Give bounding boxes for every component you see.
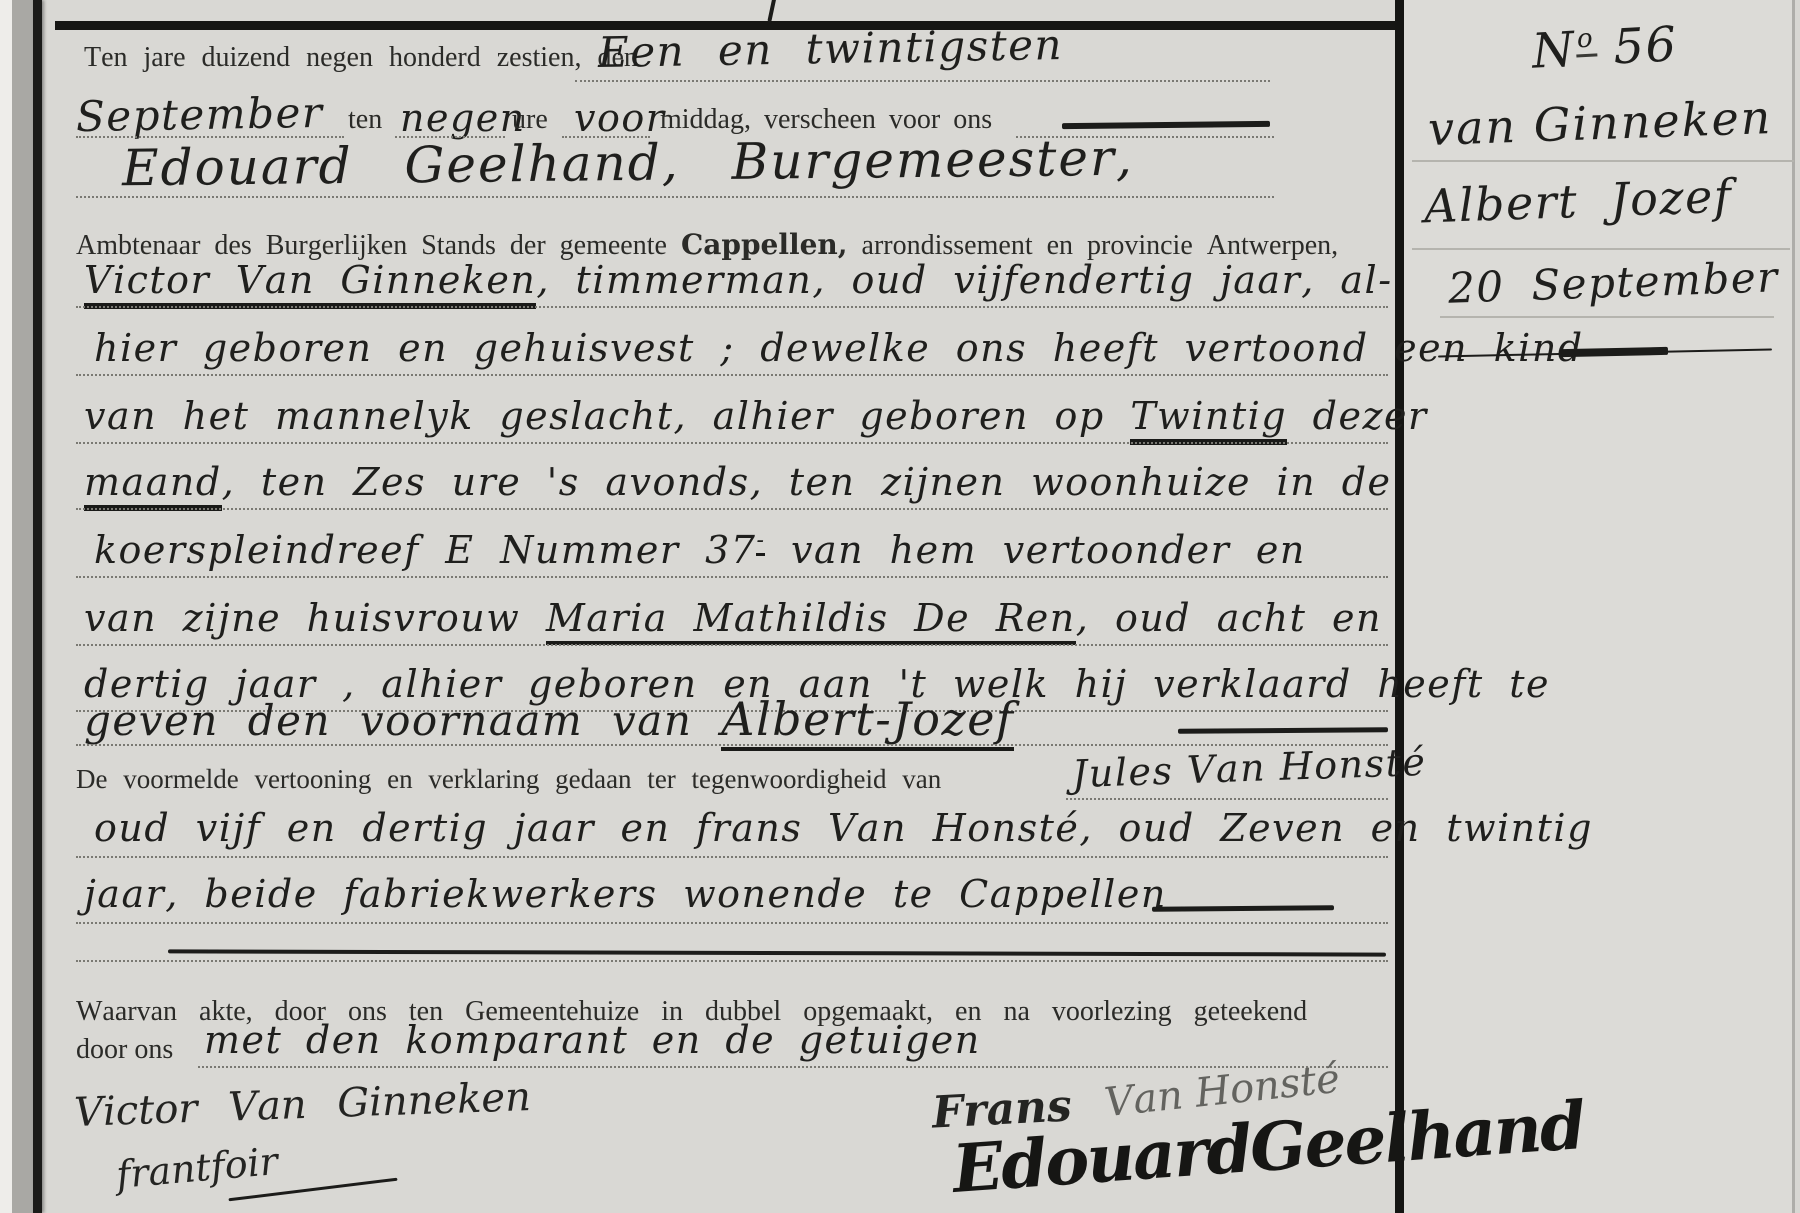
- dotted-rule: [76, 744, 1388, 746]
- birth-day-underlined: Twintig: [1130, 394, 1287, 445]
- printed-closing-line2: door ons: [76, 1034, 173, 1066]
- printed-officer-title-pre: Ambtenaar des Burgerlijken Stands der ge…: [76, 230, 667, 261]
- hand-declarant-line: Victor Van Ginneken, timmerman, oud vijf…: [84, 258, 1393, 302]
- dotted-rule: [76, 576, 1388, 578]
- dotted-rule: [76, 196, 1274, 198]
- dotted-rule: [76, 856, 1388, 858]
- scan-edge: [0, 0, 12, 1213]
- hand-body-line: hier geboren en gehuisvest ; dewelke ons…: [94, 326, 1584, 370]
- hand-body-line: maand, ten Zes ure 's avonds, ten zijnen…: [84, 460, 1392, 504]
- dotted-rule: [76, 442, 1388, 444]
- margin-faint-rule: [1440, 316, 1774, 318]
- hand-mother-line: van zijne huisvrouw Maria Mathildis De R…: [84, 596, 1382, 640]
- printed-witness-intro: De voormelde vertooning en verklaring ge…: [76, 764, 941, 795]
- dotted-rule: [76, 960, 1388, 962]
- body-text: van zijne huisvrouw: [84, 596, 546, 640]
- printed-officer-title-post: arrondissement en provincie Antwerpen,: [862, 230, 1339, 261]
- hand-hour-value: negen: [400, 96, 526, 140]
- hand-address-line: koerspleindreef E Nummer 37- van hem ver…: [94, 528, 1306, 572]
- hand-closing-addition: met den komparant en de getuigen: [204, 1018, 981, 1062]
- body-text: geven den voornaam van: [84, 696, 721, 745]
- registry-act-scan: Ten jare duizend negen honderd zestien, …: [0, 0, 1800, 1213]
- body-text: dezer: [1287, 394, 1428, 438]
- act-number-value: 56: [1612, 16, 1679, 75]
- declarant-name: Victor Van Ginneken: [84, 258, 536, 309]
- dotted-rule: [575, 80, 1270, 82]
- printed-ure: ure: [512, 104, 548, 136]
- hand-childname-line: geven den voornaam van Albert-Jozef: [84, 692, 1014, 746]
- printed-officer-title: Ambtenaar des Burgerlijken Stands der ge…: [76, 228, 1338, 262]
- dotted-rule: [198, 1066, 1388, 1068]
- column-divider-rule: [1395, 0, 1404, 1213]
- margin-faint-rule: [1412, 248, 1790, 250]
- body-text: van hem vertoonder en: [765, 528, 1305, 572]
- margin-act-number: No 56: [1531, 16, 1679, 80]
- hand-official-name: Edouard Geelhand, Burgemeester,: [122, 129, 1134, 198]
- printed-year-line: Ten jare duizend negen honderd zestien, …: [84, 42, 638, 74]
- hand-month-value: September: [76, 88, 324, 141]
- dotted-rule: [76, 374, 1388, 376]
- hand-residence-line: jaar, beide fabriekwerkers wonende te Ca…: [84, 872, 1167, 916]
- declarant-details: , timmerman, oud vijfendertig jaar, al-: [536, 258, 1392, 302]
- municipality-name: Cappellen,: [681, 228, 848, 261]
- scan-right-edge: [1792, 0, 1795, 1213]
- act-number-sup-o: o: [1574, 23, 1597, 57]
- hand-day-value: Een en twintigsten: [598, 20, 1064, 77]
- child-name-underlined: Albert-Jozef: [721, 692, 1014, 751]
- dotted-rule: [1066, 798, 1388, 800]
- page-binding-edge: [33, 0, 42, 1213]
- hand-witness2-line: oud vijf en dertig jaar en frans Van Hon…: [94, 806, 1593, 850]
- body-text: van het mannelyk geslacht, alhier gebore…: [84, 394, 1130, 438]
- hand-body-line: van het mannelyk geslacht, alhier gebore…: [84, 394, 1428, 438]
- body-text: , oud acht en: [1076, 596, 1382, 640]
- dotted-rule: [76, 644, 1388, 646]
- margin-faint-rule: [1412, 160, 1794, 162]
- body-text: , ten Zes ure 's avonds, ten zijnen woon…: [222, 460, 1392, 504]
- scan-edge-shadow: [12, 0, 34, 1213]
- dotted-rule: [76, 508, 1388, 510]
- act-number-n: N: [1531, 22, 1577, 80]
- margin-given-names: Albert Jozef: [1423, 169, 1733, 234]
- dotted-rule: [76, 922, 1388, 924]
- month-word-underlined: maand: [84, 460, 222, 511]
- address-text: koerspleindreef E Nummer 37: [94, 528, 756, 572]
- dotted-rule: [76, 306, 1388, 308]
- mother-name-underlined: Maria Mathildis De Ren: [546, 596, 1076, 645]
- printed-ten: ten: [348, 104, 382, 136]
